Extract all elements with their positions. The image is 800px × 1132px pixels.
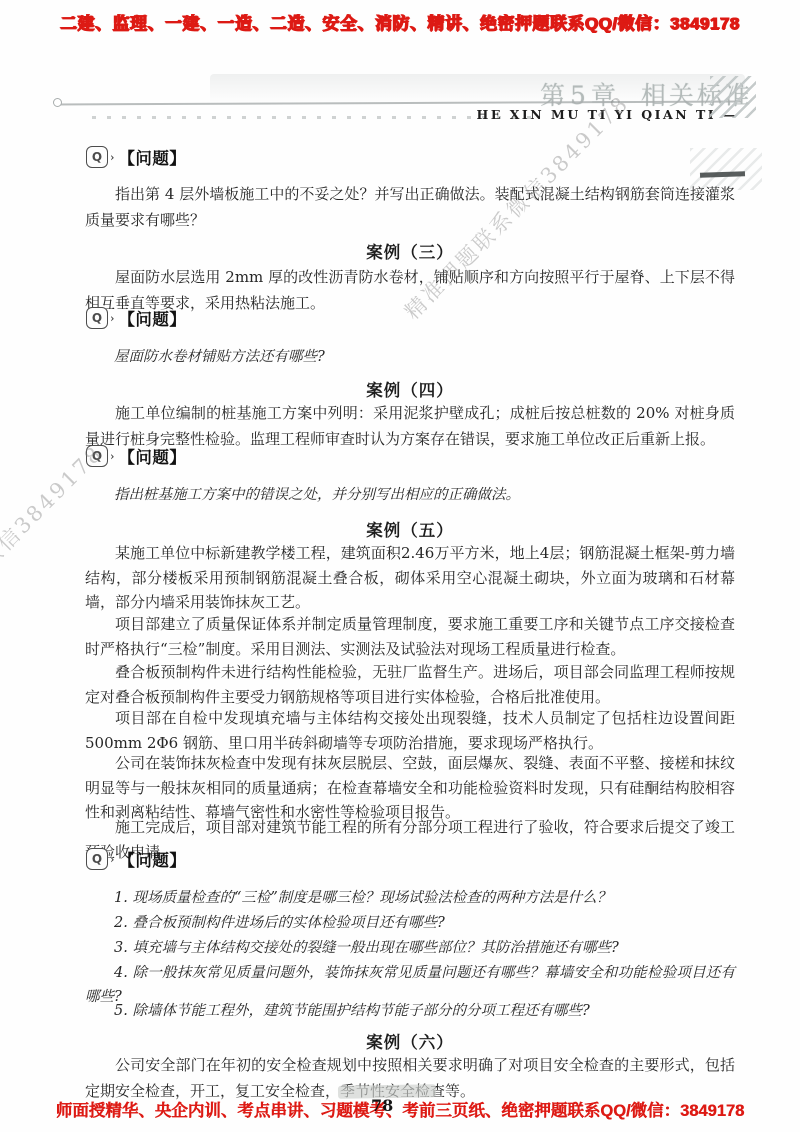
case5-question-1: 1. 现场质量检查的“三检”制度是哪三检？现场试验法检查的两种方法是什么？	[85, 886, 735, 911]
chapter-number: 5	[568, 81, 591, 110]
question-icon: Q	[86, 848, 108, 870]
case5-question-3: 3. 填充墙与主体结构交接处的裂缝一般出现在哪些部位？其防治措施还有哪些?	[85, 936, 735, 961]
bottom-ad-banner: 师面授精华、央企内训、考点串讲、习题模考、考前三页纸、绝密押题联系QQ/微信：3…	[0, 1097, 800, 1121]
question-label-row: Q › 【问题】	[86, 444, 186, 468]
header-rule-end-dot	[53, 98, 62, 107]
case5-question-5: 5. 除墙体节能工程外，建筑节能围护结构节能子部分的分项工程还有哪些?	[85, 999, 735, 1024]
question-label-row: Q › 【问题】	[86, 306, 186, 330]
case4-title: 案例（四）	[85, 377, 735, 401]
case5-title: 案例（五）	[85, 517, 735, 541]
case3-question: 屋面防水卷材铺贴方法还有哪些?	[85, 345, 735, 371]
diagonal-hatch-icon	[710, 76, 756, 118]
case6-title: 案例（六）	[85, 1029, 735, 1053]
header-dotted-row	[92, 116, 532, 119]
case3-title: 案例（三）	[85, 239, 735, 263]
chapter-unit: 章	[591, 81, 619, 110]
question-arrow-icon: ›	[110, 853, 114, 866]
case4-question: 指出桩基施工方案中的错误之处，并分别写出相应的正确做法。	[85, 483, 735, 509]
intro-question-paragraph: 指出第 4 层外墙板施工中的不妥之处？并写出正确做法。装配式混凝土结构钢筋套筒连…	[85, 182, 735, 233]
scanned-document-page: 二建、监理、一建、一造、二造、安全、消防、精讲、绝密押题联系QQ/微信：3849…	[0, 0, 800, 1132]
case5-paragraph-3: 叠合板预制构件未进行结构性能检验，无驻厂监督生产。进场后，项目部会同监理工程师按…	[85, 660, 735, 709]
question-label: 【问题】	[118, 444, 186, 468]
question-icon: Q	[86, 146, 108, 168]
header-pinyin: HE XIN MU TI YI QIAN TI —	[477, 107, 738, 122]
question-arrow-icon: ›	[110, 450, 114, 463]
page-number: 78	[371, 1096, 393, 1115]
question-label: 【问题】	[118, 847, 186, 871]
question-icon: Q	[86, 445, 108, 467]
question-label: 【问题】	[118, 145, 186, 169]
top-ad-banner: 二建、监理、一建、一造、二造、安全、消防、精讲、绝密押题联系QQ/微信：3849…	[0, 9, 800, 34]
case5-paragraph-5: 公司在装饰抹灰检查中发现有抹灰层脱层、空鼓，面层爆灰、裂缝、表面不平整、接槎和抹…	[85, 751, 735, 825]
chapter-label: 第	[540, 81, 568, 110]
case5-question-2: 2. 叠合板预制构件进场后的实体检验项目还有哪些?	[85, 911, 735, 936]
question-label-row: Q › 【问题】	[86, 145, 186, 169]
case5-paragraph-4: 项目部在自检中发现填充墙与主体结构交接处出现裂缝，技术人员制定了包括柱边设置间距…	[85, 706, 735, 755]
question-label: 【问题】	[118, 306, 186, 330]
question-label-row: Q › 【问题】	[86, 847, 186, 871]
case5-paragraph-1: 某施工单位中标新建教学楼工程，建筑面积2.46万平方米，地上4层；钢筋混凝土框架…	[85, 541, 735, 615]
case5-paragraph-2: 项目部建立了质量保证体系并制定质量管理制度，要求施工重要工序和关键节点工序交接检…	[85, 612, 735, 661]
question-arrow-icon: ›	[110, 151, 114, 164]
question-icon: Q	[86, 307, 108, 329]
question-arrow-icon: ›	[110, 312, 114, 325]
